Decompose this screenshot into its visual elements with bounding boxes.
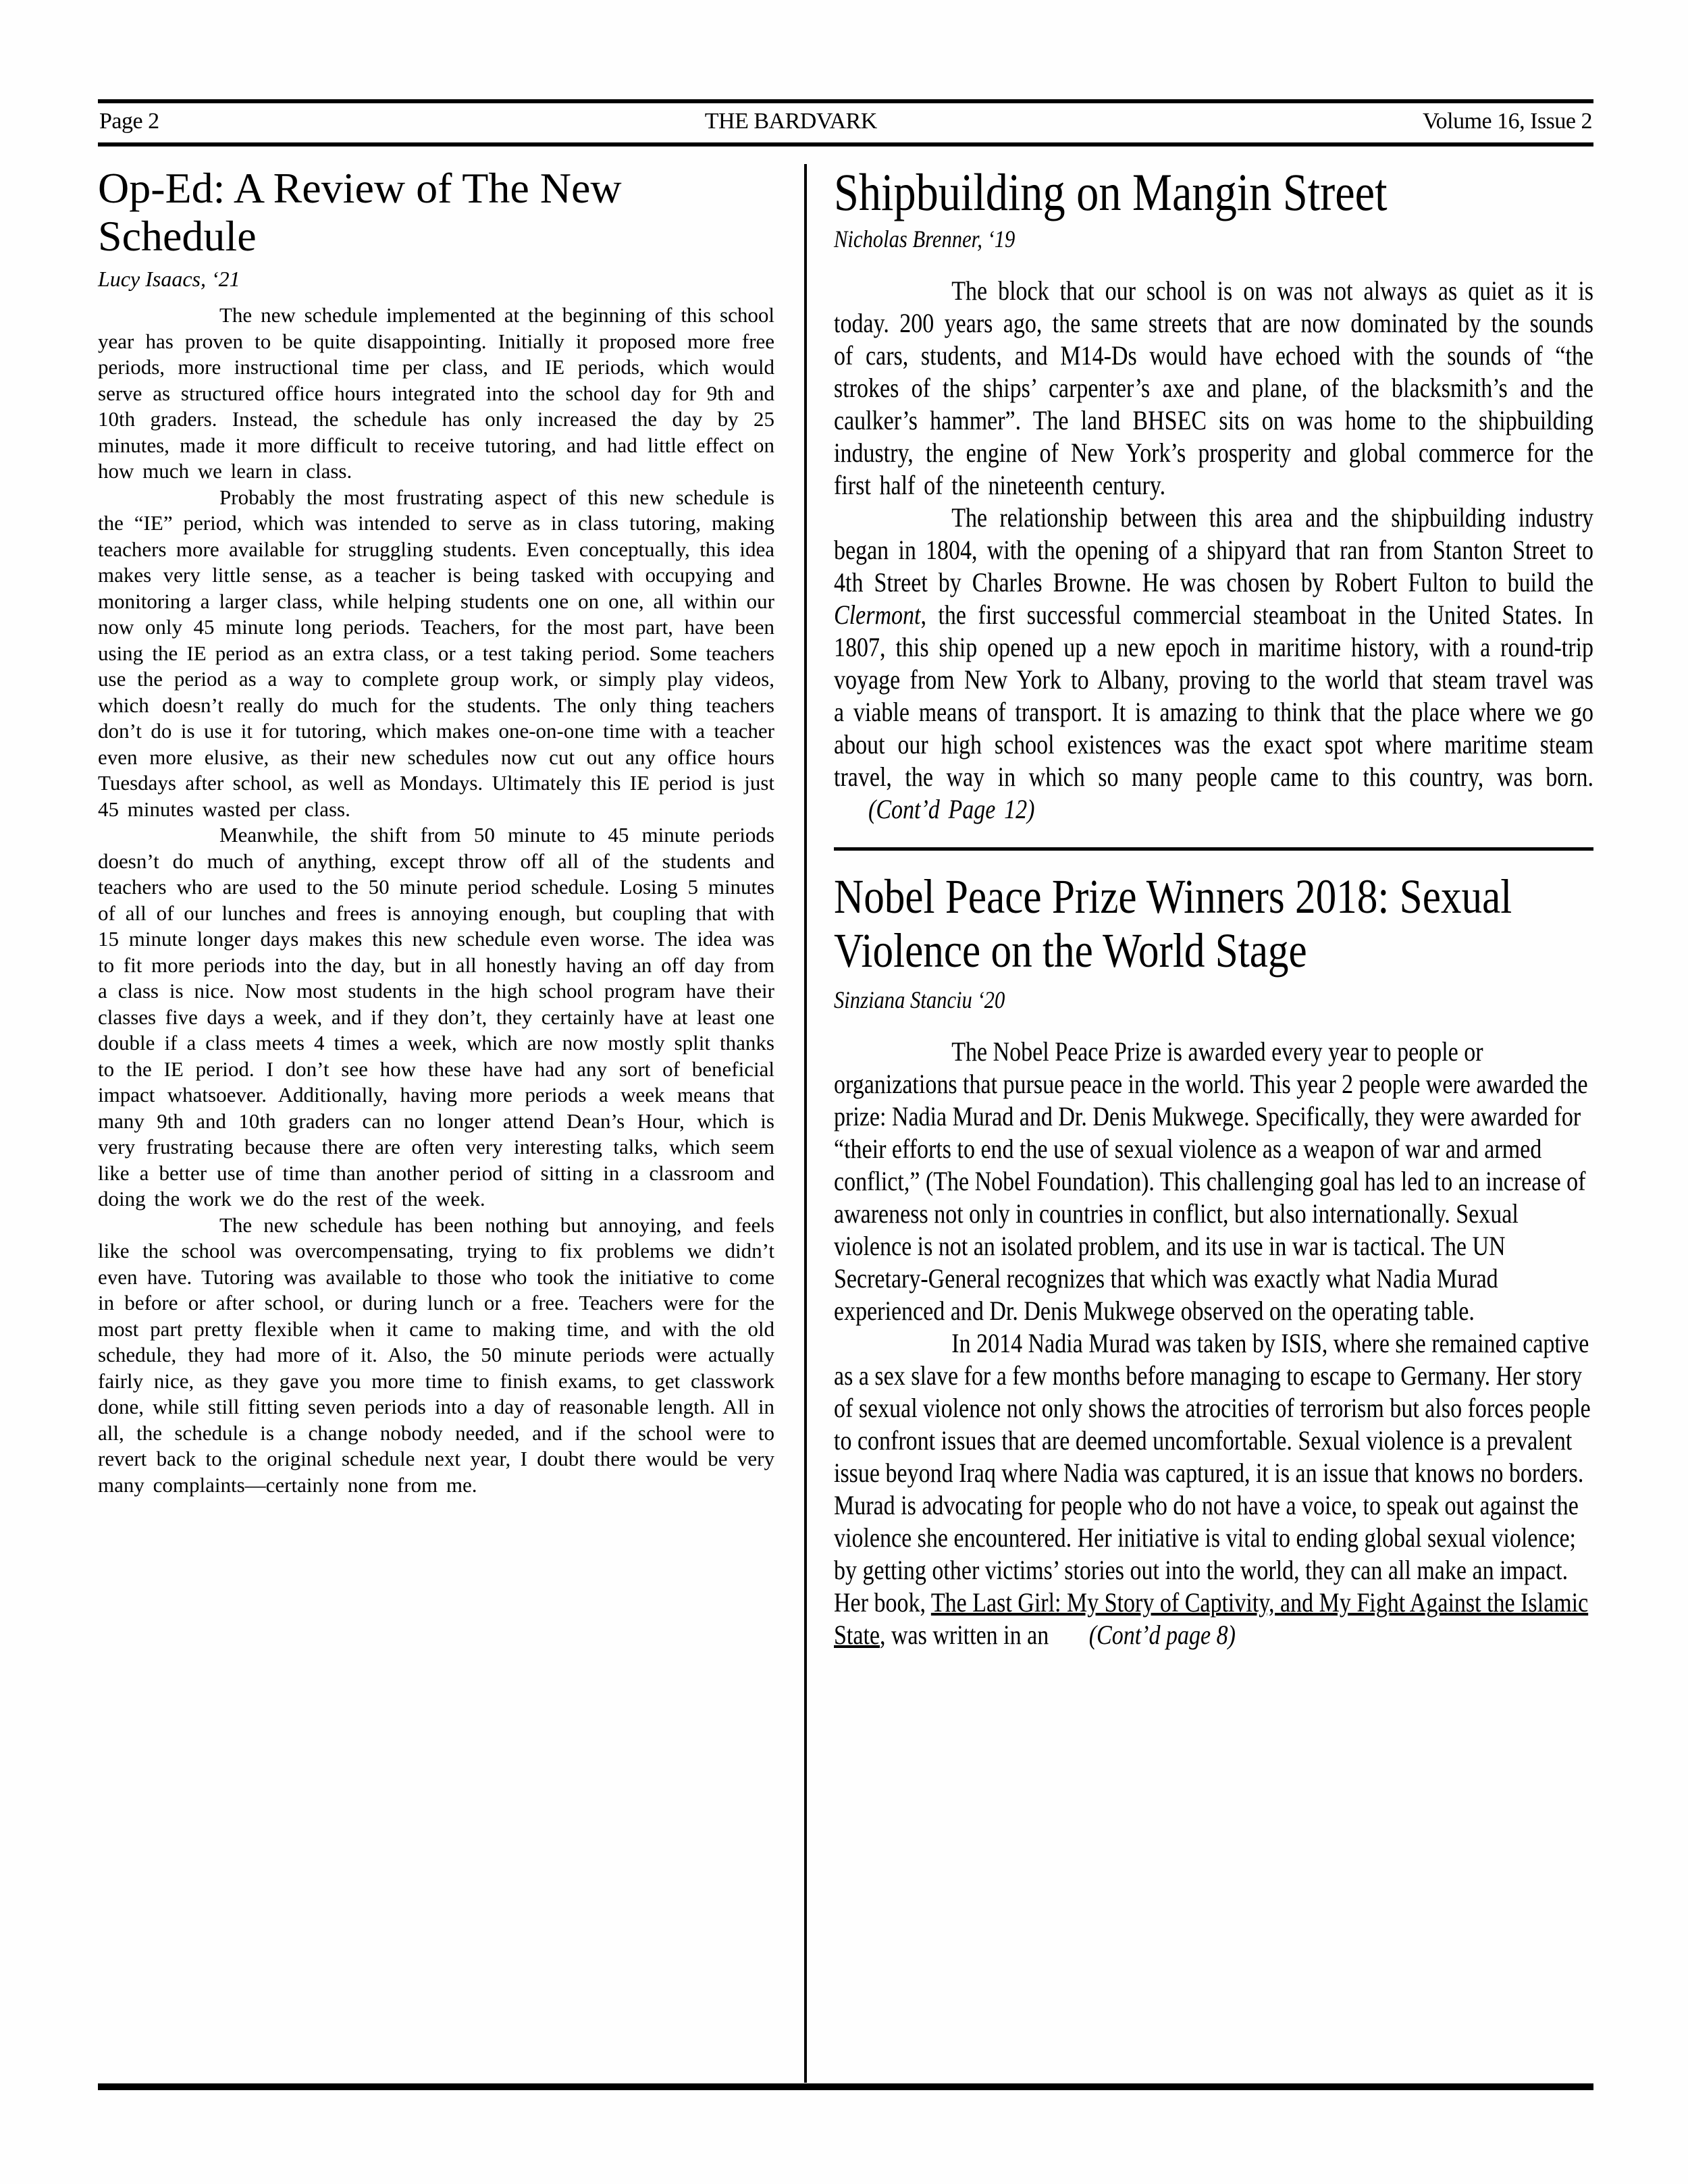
page-number-label: Page 2 <box>99 109 159 134</box>
continued-note: (Cont’d Page 12) <box>868 794 1034 824</box>
right-column: Shipbuilding on Mangin Street Nicholas B… <box>834 164 1593 2083</box>
shipbuilding-byline: Nicholas Brenner, ‘19 <box>834 225 1593 253</box>
oped-title: Op-Ed: A Review of The New Schedule <box>98 164 774 260</box>
column-divider <box>804 164 807 2083</box>
page-header: Page 2 THE BARDVARK Volume 16, Issue 2 <box>98 99 1593 147</box>
oped-paragraph: Meanwhile, the shift from 50 minute to 4… <box>98 822 774 1213</box>
left-column: Op-Ed: A Review of The New Schedule Lucy… <box>98 164 774 2083</box>
oped-byline: Lucy Isaacs, ‘21 <box>98 267 774 292</box>
bottom-rule <box>98 2083 1593 2090</box>
oped-paragraph: The new schedule has been nothing but an… <box>98 1213 774 1499</box>
shipbuilding-paragraph: The block that our school is on was not … <box>834 275 1593 502</box>
masthead-title: THE BARDVARK <box>705 109 877 134</box>
shipbuilding-article: Shipbuilding on Mangin Street Nicholas B… <box>834 164 1593 826</box>
oped-paragraph: Probably the most frustrating aspect of … <box>98 485 774 823</box>
shipbuilding-title: Shipbuilding on Mangin Street <box>834 164 1593 221</box>
issue-label: Volume 16, Issue 2 <box>1423 109 1592 134</box>
shipbuilding-paragraph: The relationship between this area and t… <box>834 502 1593 826</box>
oped-article: Op-Ed: A Review of The New Schedule Lucy… <box>98 164 774 1498</box>
nobel-article: Nobel Peace Prize Winners 2018: Sexual V… <box>834 870 1593 1651</box>
nobel-byline: Sinziana Stanciu ‘20 <box>834 986 1593 1014</box>
nobel-paragraph: In 2014 Nadia Murad was taken by ISIS, w… <box>834 1327 1593 1651</box>
ship-name-clermont: Clermont <box>834 600 920 630</box>
oped-paragraph: The new schedule implemented at the begi… <box>98 302 774 485</box>
continued-note: (Cont’d page 8) <box>1089 1620 1236 1650</box>
nobel-title: Nobel Peace Prize Winners 2018: Sexual V… <box>834 870 1593 978</box>
nobel-paragraph: The Nobel Peace Prize is awarded every y… <box>834 1036 1593 1327</box>
article-divider <box>834 847 1593 851</box>
newspaper-page: Page 2 THE BARDVARK Volume 16, Issue 2 O… <box>0 0 1688 2184</box>
content-columns: Op-Ed: A Review of The New Schedule Lucy… <box>98 164 1593 2083</box>
